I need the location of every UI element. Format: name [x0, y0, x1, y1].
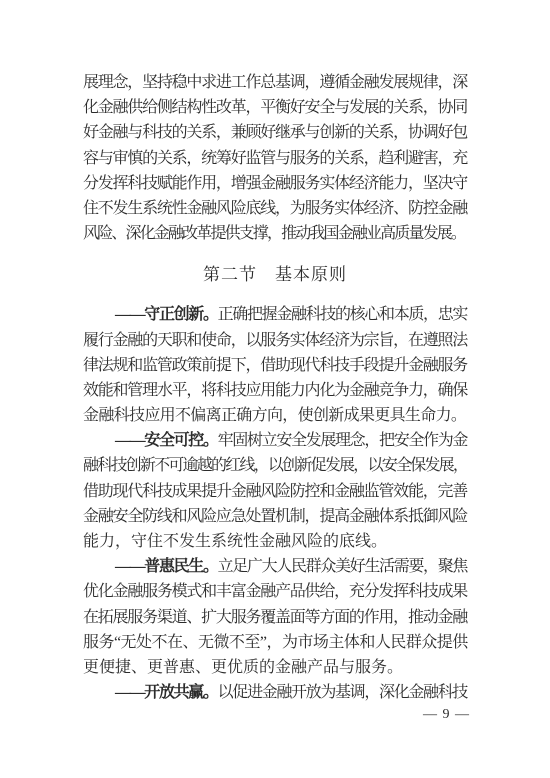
text-line: 容与审慎的关系，统筹好监管与服务的关系，趋利避害，充	[83, 146, 467, 171]
text-line: 化金融供给侧结构性改革，平衡好安全与发展的关系，协同	[83, 95, 467, 120]
text-line: 服务“无处不在、无微不至”，为市场主体和人民群众提供	[83, 630, 467, 655]
text-line: 能力，守住不发生系统性金融风险的底线。	[83, 529, 467, 554]
text-line: ——普惠民生。立足广大人民群众美好生活需要，聚焦	[83, 554, 467, 579]
text-line: 金融科技应用不偏离正确方向，使创新成果更具生命力。	[83, 403, 467, 428]
principle-lead: ——普惠民生。	[115, 558, 218, 575]
line-text: 正确把握金融科技的核心和本质，忠实	[218, 306, 467, 323]
text-line: 融科技创新不可逾越的红线，以创新促发展，以安全保发展，	[83, 453, 467, 478]
principle-lead: ——守正创新。	[115, 306, 218, 323]
text-line: 分发挥科技赋能作用，增强金融服务实体经济能力，坚决守	[83, 171, 467, 196]
text-line: 借助现代科技成果提升金融风险防控和金融监管效能，完善	[83, 479, 467, 504]
text-line: ——守正创新。正确把握金融科技的核心和本质，忠实	[83, 302, 467, 327]
text-line: 在拓展服务渠道、扩大服务覆盖面等方面的作用，推动金融	[83, 605, 467, 630]
page-number: — 9 —	[423, 706, 470, 724]
line-text: 牢固树立安全发展理念，把安全作为金	[218, 432, 467, 449]
text-line: 更便捷、更普惠、更优质的金融产品与服务。	[83, 655, 467, 680]
section-heading: 第二节 基本原则	[83, 262, 467, 287]
principle-lead: ——开放共赢。	[115, 684, 218, 701]
document-page: 展理念，坚持稳中求进工作总基调，遵循金融发展规律，深化金融供给侧结构性改革，平衡…	[0, 0, 550, 778]
text-line: ——安全可控。牢固树立安全发展理念，把安全作为金	[83, 428, 467, 453]
text-line: 金融安全防线和风险应急处置机制，提高金融体系抵御风险	[83, 504, 467, 529]
document-body: 展理念，坚持稳中求进工作总基调，遵循金融发展规律，深化金融供给侧结构性改革，平衡…	[83, 70, 467, 705]
line-text: 以促进金融开放为基调，深化金融科技	[218, 684, 467, 701]
text-line: 风险、深化金融改革提供支撑，推动我国金融业高质量发展。	[83, 221, 467, 246]
text-line: 住不发生系统性金融风险底线，为服务实体经济、防控金融	[83, 196, 467, 221]
line-text: 立足广大人民群众美好生活需要，聚焦	[218, 558, 467, 575]
text-line: 优化金融服务模式和丰富金融产品供给，充分发挥科技成果	[83, 579, 467, 604]
text-line: 履行金融的天职和使命，以服务实体经济为宗旨，在遵照法	[83, 328, 467, 353]
principle-lead: ——安全可控。	[115, 432, 218, 449]
text-line: 律法规和监管政策前提下，借助现代科技手段提升金融服务	[83, 353, 467, 378]
text-line: 展理念，坚持稳中求进工作总基调，遵循金融发展规律，深	[83, 70, 467, 95]
text-line: 好金融与科技的关系，兼顾好继承与创新的关系，协调好包	[83, 120, 467, 145]
text-line: ——开放共赢。以促进金融开放为基调，深化金融科技	[83, 680, 467, 705]
text-line: 效能和管理水平，将科技应用能力内化为金融竞争力，确保	[83, 378, 467, 403]
